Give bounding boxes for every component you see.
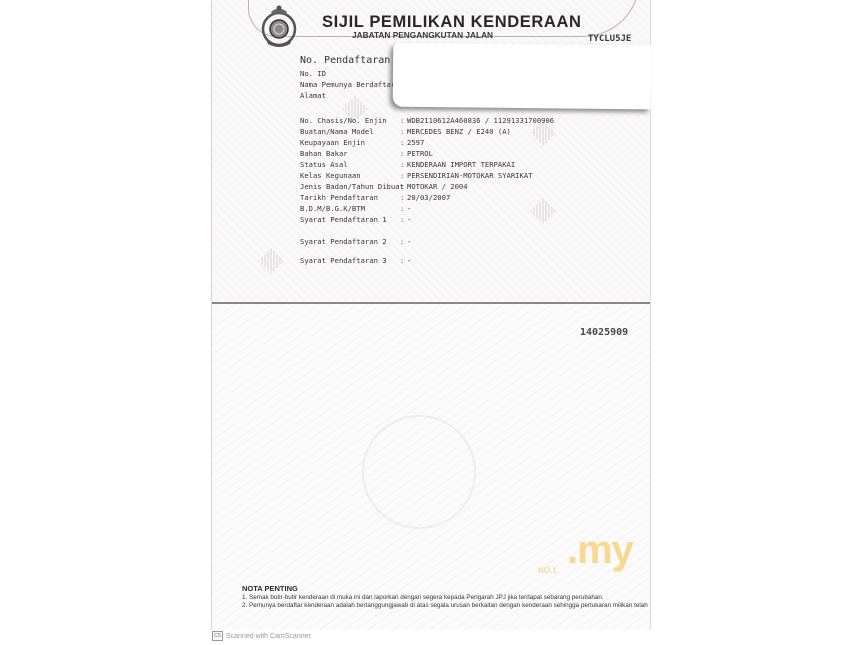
field-value: PERSENDIRIAN-MOTOKAR SYARIKAT	[407, 171, 533, 180]
field-label: Syarat Pendaftaran 1	[300, 215, 387, 224]
jpj-emblem-icon	[258, 3, 300, 49]
field-value: -	[407, 204, 411, 213]
field-separator: :	[400, 204, 404, 213]
field-label: Jenis Badan/Tahun Dibuat	[300, 182, 404, 191]
watermark-seal	[362, 415, 476, 529]
field-value: 20/03/2007	[407, 193, 450, 202]
note-line-2: 2. Pemunya berdaftar kenderaan adalah be…	[242, 602, 648, 609]
field-separator: :	[400, 160, 404, 169]
certificate-front: SIJIL PEMILIKAN KENDERAAN JABATAN PENGAN…	[212, 0, 650, 303]
redacted-owner-details	[393, 43, 652, 110]
scanner-footer: CS Scanned with CamScanner	[212, 631, 311, 641]
field-value: -	[407, 256, 411, 265]
field-separator: :	[400, 237, 404, 246]
field-separator: :	[400, 171, 404, 180]
registration-number-label: No. Pendaftaran	[300, 55, 390, 66]
field-value: MOTOKAR / 2004	[407, 182, 468, 191]
field-value: WDB2110612A460836 / 11291331700906	[407, 116, 554, 125]
field-label: No. Chasis/No. Enjin	[300, 116, 387, 125]
scanner-footer-text: Scanned with CamScanner	[226, 633, 311, 640]
field-value: -	[407, 215, 411, 224]
field-separator: :	[400, 193, 404, 202]
note-line-1: 1. Semak butir-butir kenderaan di muka i…	[242, 594, 604, 601]
field-value: PETROL	[407, 149, 433, 158]
field-label: Syarat Pendaftaran 3	[300, 256, 387, 265]
field-value: MERCEDES BENZ / E240 (A)	[407, 127, 511, 136]
site-watermark: .my	[357, 528, 633, 573]
address-label: Alamat	[300, 91, 326, 100]
field-value: -	[407, 237, 411, 246]
owner-name-label: Nama Pemunya Berdaftar	[300, 80, 395, 89]
field-label: Syarat Pendaftaran 2	[300, 237, 387, 246]
field-separator: :	[400, 127, 404, 136]
field-label: B.D.M/B.G.K/BTM	[300, 204, 365, 213]
security-pattern	[258, 248, 283, 273]
field-label: Bahan Bakar	[300, 149, 348, 158]
field-separator: :	[400, 116, 404, 125]
watermark-text: .my	[567, 528, 633, 572]
page-fold-line	[212, 302, 650, 304]
notes-title: NOTA PENTING	[242, 584, 298, 593]
field-label: Tarikh Pendaftaran	[300, 193, 378, 202]
document-subtitle: JABATAN PENGANGKUTAN JALAN	[352, 30, 493, 40]
field-separator: :	[400, 149, 404, 158]
field-label: Keupayaan Enjin	[300, 138, 365, 147]
serial-code: TYCLU5JE	[588, 34, 631, 44]
field-label: Kelas Kegunaan	[300, 171, 361, 180]
watermark-subtext: NO.1	[538, 566, 557, 575]
field-value: 2597	[407, 138, 424, 147]
field-separator: :	[400, 182, 404, 191]
field-label: Buatan/Nama Model	[300, 127, 374, 136]
security-pattern	[530, 198, 555, 223]
certificate-back	[212, 305, 650, 630]
id-number-label: No. ID	[300, 69, 326, 78]
field-value: KENDERAAN IMPORT TERPAKAI	[407, 160, 515, 169]
certificate-number: 14025909	[580, 327, 628, 338]
field-separator: :	[400, 256, 404, 265]
camscanner-icon: CS	[212, 631, 223, 641]
field-separator: :	[400, 215, 404, 224]
field-separator: :	[400, 138, 404, 147]
field-label: Status Asal	[300, 160, 348, 169]
